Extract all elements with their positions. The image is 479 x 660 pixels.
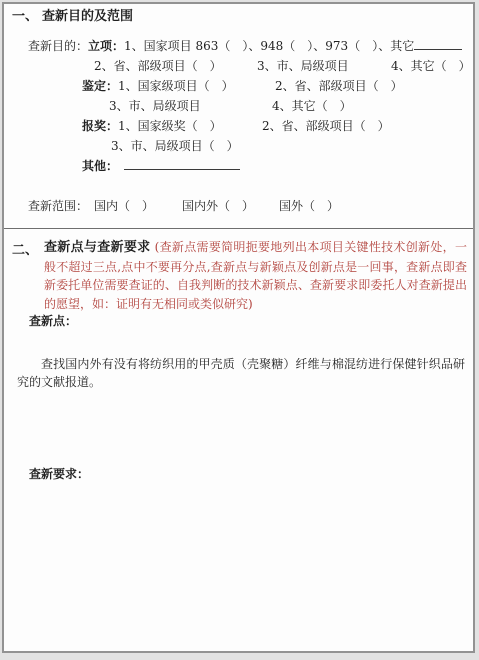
lixiang-item4: 4、其它（ ）	[391, 56, 471, 76]
scope-line: 查新范围：国内（ ）国内外（ ）国外（ ）	[4, 196, 473, 216]
section1-number: 一、	[12, 9, 42, 25]
search-requirement-label: 查新要求：	[4, 466, 473, 482]
lixiang-item3: 3、市、局级项目	[257, 56, 391, 76]
novelty-point-text: 查找国内外有没有将纺织用的甲壳质（壳聚糖）纤维与棉混纺进行保健针织品研究的文献报…	[17, 355, 465, 391]
baojiang-line2: 3、市、局级项目（ ）	[4, 136, 473, 156]
novelty-point-label: 查新点：	[4, 313, 473, 329]
other-label: 其他：	[82, 159, 118, 173]
section-novelty-points: 二、 查新点与查新要求 (查新点需要简明扼要地列出本项目关键性技术创新处，一般不…	[4, 228, 473, 654]
lixiang-items-line1: 1、国家项目 863（ ）、948（ ）、973（ ）、其它	[124, 39, 414, 53]
jianding-item4: 4、其它（ ）	[272, 96, 352, 116]
baojiang-item3: 3、市、局级项目（ ）	[111, 139, 239, 153]
scope-domestic: 国内（ ）	[94, 196, 182, 216]
scope-label: 查新范围：	[28, 199, 88, 213]
section1-title: 查新目的及范围	[42, 9, 133, 25]
other-blank[interactable]	[124, 157, 240, 170]
baojiang-item2: 2、省、部级项目（ ）	[262, 116, 390, 136]
baojiang-item1: 1、国家级奖（ ）	[118, 116, 262, 136]
baojiang-line1: 报奖：1、国家级奖（ ）2、省、部级项目（ ）	[4, 116, 473, 136]
section1-heading: 一、 查新目的及范围	[4, 9, 473, 25]
section2-number: 二、	[12, 239, 38, 258]
baojiang-label: 报奖：	[82, 119, 118, 133]
scope-foreign: 国外（ ）	[279, 196, 339, 216]
lixiang-label: 立项：	[88, 39, 124, 53]
lixiang-item2: 2、省、部级项目（ ）	[94, 56, 257, 76]
lixiang-items-line2: 2、省、部级项目（ ）3、市、局级项目4、其它（ ）	[4, 56, 473, 76]
section2-title: 查新点与查新要求	[44, 240, 150, 255]
jianding-item3: 3、市、局级项目	[109, 96, 272, 116]
other-line: 其他：	[4, 156, 473, 176]
document-page: 一、 查新目的及范围 查新目的：立项：1、国家项目 863（ ）、948（ ）、…	[2, 2, 475, 653]
scope-domestic-foreign: 国内外（ ）	[182, 196, 279, 216]
purpose-label: 查新目的：	[28, 39, 88, 53]
jianding-line1: 鉴定：1、国家级项目（ ）2、省、部级项目（ ）	[4, 76, 473, 96]
section2-heading-paragraph: 查新点与查新要求 (查新点需要简明扼要地列出本项目关键性技术创新处，一般不超过三…	[44, 238, 467, 313]
section-purpose-scope: 一、 查新目的及范围 查新目的：立项：1、国家项目 863（ ）、948（ ）、…	[4, 4, 473, 228]
purpose-lixiang-line: 查新目的：立项：1、国家项目 863（ ）、948（ ）、973（ ）、其它	[4, 36, 473, 56]
jianding-item2: 2、省、部级项目（ ）	[275, 76, 403, 96]
jianding-item1: 1、国家级项目（ ）	[118, 76, 275, 96]
jianding-label: 鉴定：	[82, 79, 118, 93]
lixiang-other-blank[interactable]	[414, 37, 462, 50]
jianding-line2: 3、市、局级项目4、其它（ ）	[4, 96, 473, 116]
